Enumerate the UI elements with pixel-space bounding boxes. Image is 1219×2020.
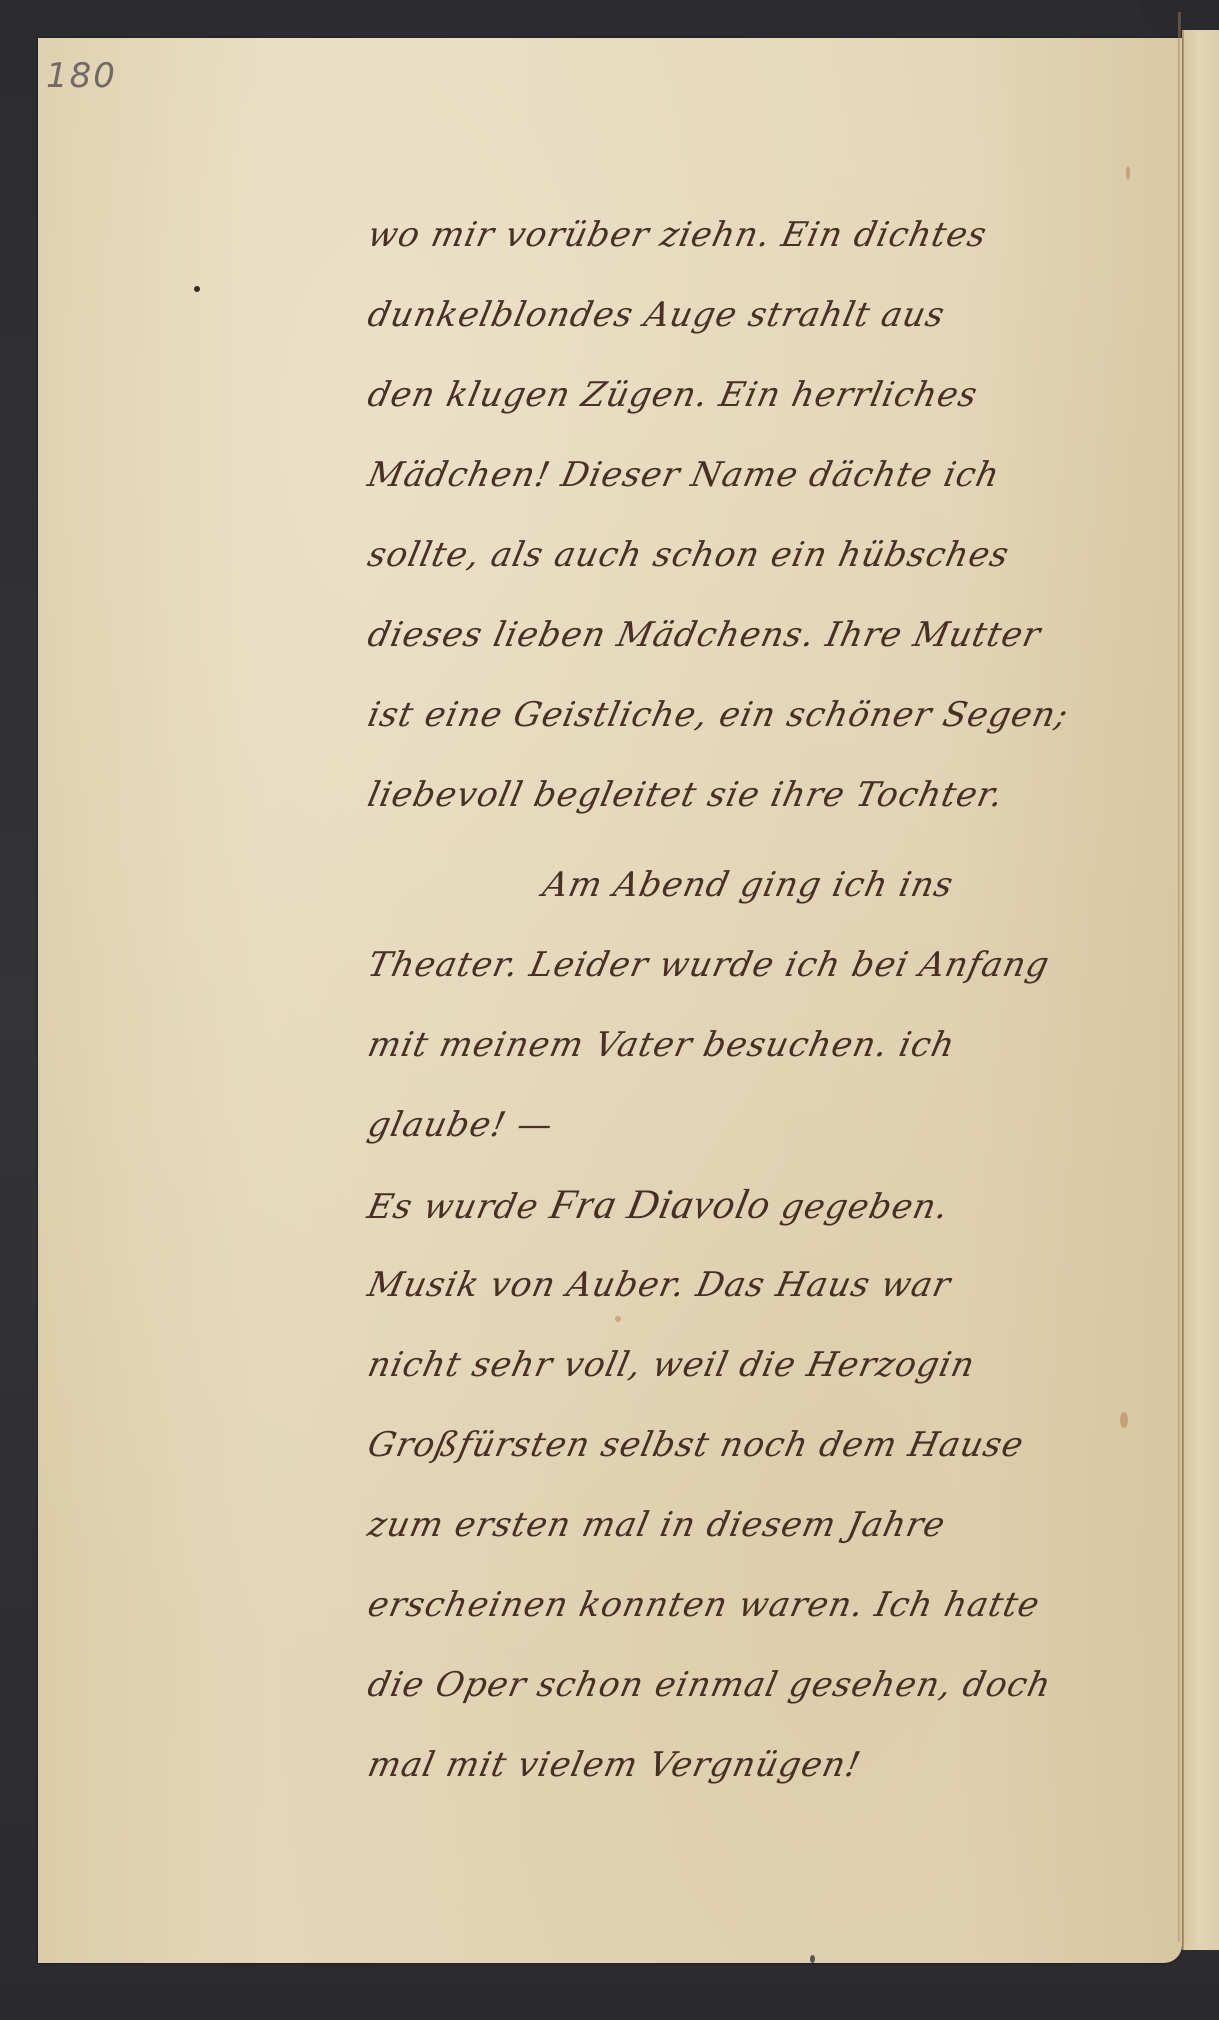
text-line-1: wo mir vorüber ziehn. Ein dichtes [360, 195, 1107, 275]
opera-title: Fra Diavolo [546, 1182, 776, 1228]
text-line-11: mit meinem Vater besuchen. ich [360, 1005, 1107, 1085]
ink-speck [194, 286, 200, 292]
text-line-13-pre: Es wurde [364, 1187, 555, 1227]
text-line-13-post: gegeben. [766, 1187, 953, 1227]
text-line-16: Großfürsten selbst noch dem Hause [360, 1405, 1107, 1485]
text-line-19: die Oper schon einmal gesehen, doch [360, 1645, 1107, 1725]
text-line-3: den klugen Zügen. Ein herrliches [360, 355, 1107, 435]
text-line-13: Es wurde Fra Diavolo gegeben. [360, 1165, 1107, 1245]
text-line-18: erscheinen konnten waren. Ich hatte [360, 1565, 1107, 1645]
text-line-7: ist eine Geistliche, ein schöner Segen; [360, 675, 1107, 755]
text-line-6: dieses lieben Mädchens. Ihre Mutter [360, 595, 1107, 675]
text-line-10: Theater. Leider wurde ich bei Anfang [360, 925, 1107, 1005]
page-fold-line [1178, 12, 1181, 1942]
text-line-8: liebevoll begleitet sie ihre Tochter. [360, 755, 1107, 835]
text-line-5: sollte, als auch schon ein hübsches [360, 515, 1107, 595]
paragraph-start-line: Am Abend ging ich ins [360, 845, 1107, 925]
text-line-15: nicht sehr voll, weil die Herzogin [360, 1325, 1107, 1405]
text-line-2: dunkelblondes Auge strahlt aus [360, 275, 1107, 355]
paper-stain [1120, 1412, 1128, 1428]
text-line-12: glaube! — [360, 1085, 1107, 1165]
ink-speck [810, 1955, 815, 1963]
paper-stain [1126, 166, 1130, 180]
handwritten-text: wo mir vorüber ziehn. Ein dichtes dunkel… [360, 195, 1090, 1805]
text-line-14: Musik von Auber. Das Haus war [360, 1245, 1107, 1325]
folio-number: 180 [46, 56, 117, 96]
text-line-4: Mädchen! Dieser Name dächte ich [360, 435, 1107, 515]
text-line-20: mal mit vielem Vergnügen! [360, 1725, 1107, 1805]
adjacent-page-edge [1182, 30, 1219, 1950]
text-line-17: zum ersten mal in diesem Jahre [360, 1485, 1107, 1565]
